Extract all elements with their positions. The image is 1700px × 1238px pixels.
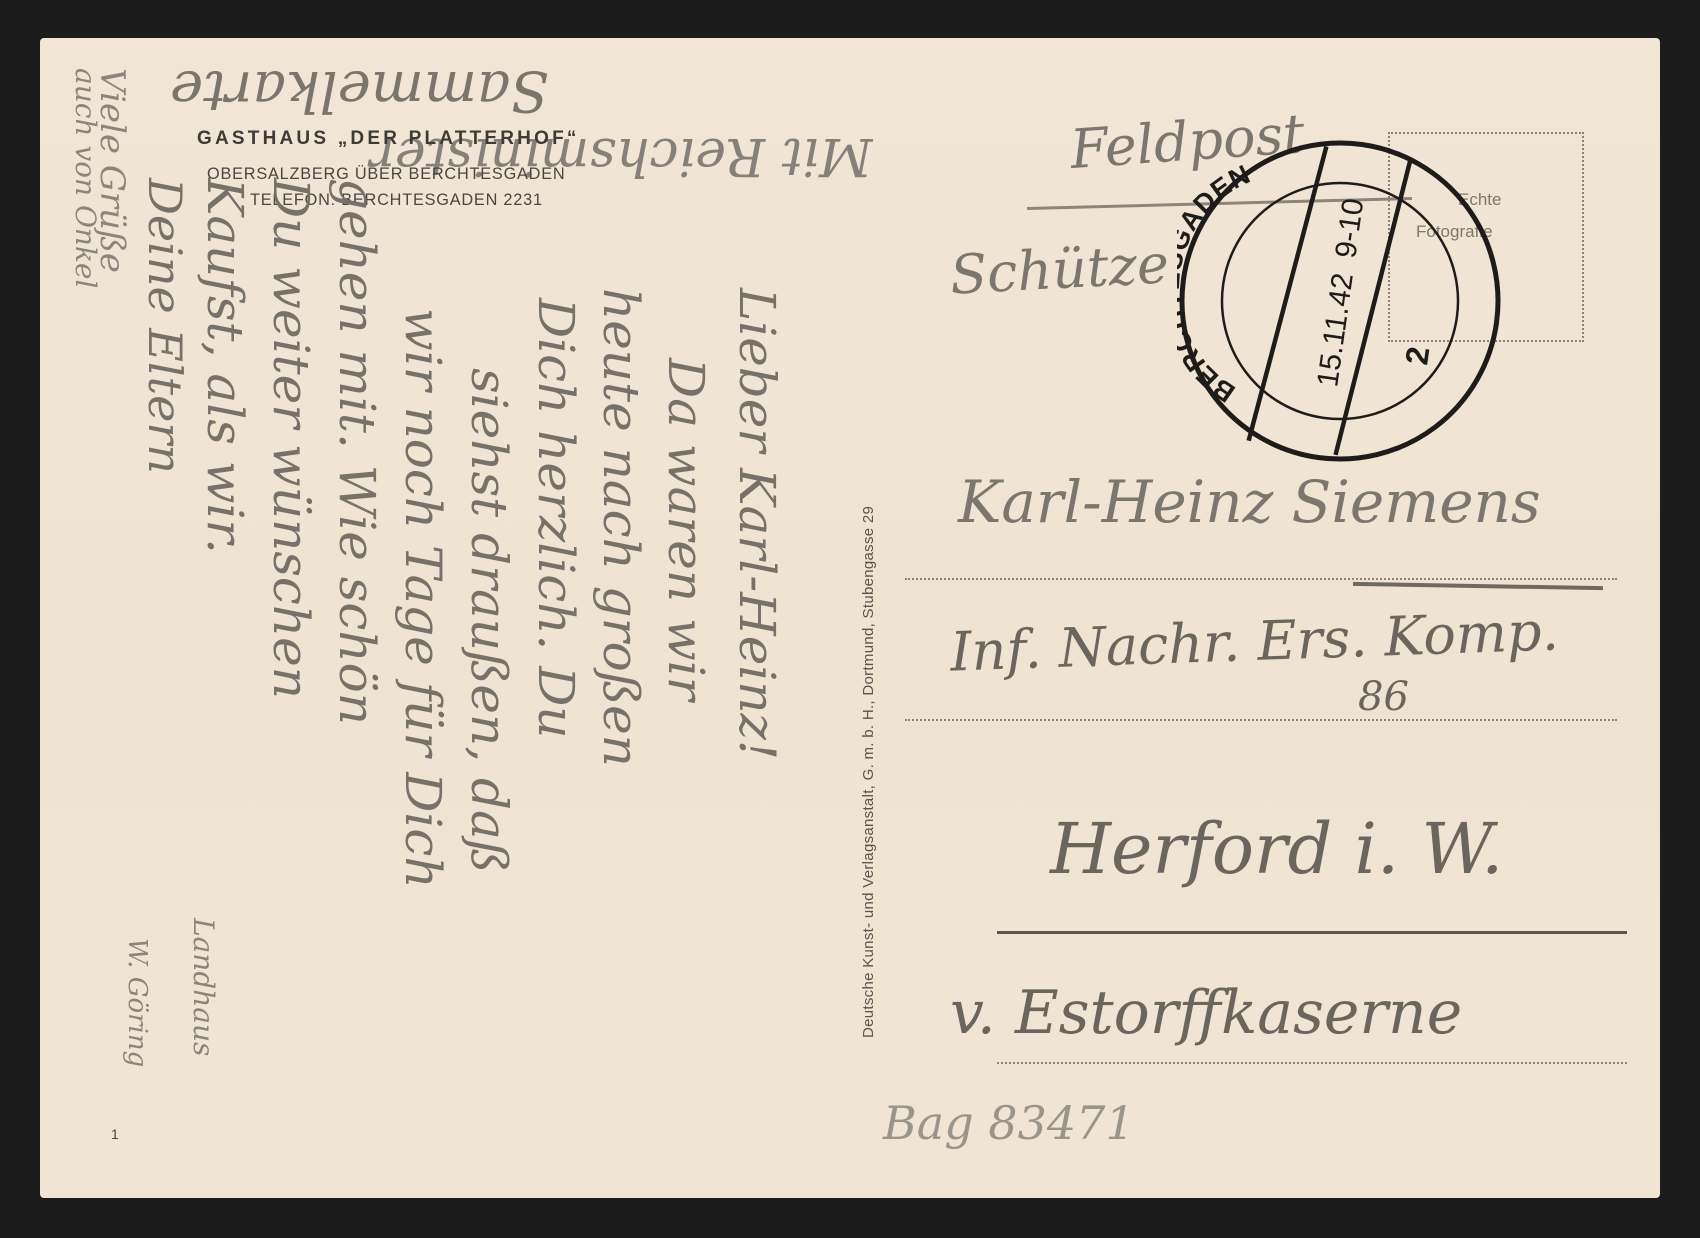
letterhead-name: GASTHAUS „DER PLATTERHOF“ bbox=[197, 128, 580, 150]
message-line: siehst draußen, daß bbox=[460, 368, 518, 873]
page-number: 1 bbox=[111, 1126, 119, 1142]
archive-reference: Bag 83471 bbox=[883, 1096, 1135, 1150]
address-unit: Inf. Nachr. Ers. Komp. bbox=[949, 599, 1560, 683]
message-line: Kaufst, als wir. bbox=[196, 178, 254, 554]
postmark-icon: BERCHTESGADEN 15.11.42 9-10 2 bbox=[1177, 138, 1503, 464]
address-line-1 bbox=[905, 578, 1617, 580]
address-care-of: v. Estorffkaserne bbox=[950, 978, 1462, 1048]
postmark: BERCHTESGADEN 15.11.42 9-10 2 bbox=[1177, 138, 1503, 464]
letterhead-location: OBERSALZBERG ÜBER BERCHTESGADEN bbox=[207, 164, 565, 184]
message-line: Du weiter wünschen bbox=[262, 178, 320, 699]
message-postscript: Landhaus bbox=[187, 918, 220, 1056]
name-underline bbox=[1353, 582, 1603, 590]
address-line-2 bbox=[905, 719, 1617, 721]
message-postscript: W. Göring bbox=[122, 938, 152, 1067]
postmark-district: 2 bbox=[1398, 344, 1436, 367]
address-line-3 bbox=[997, 931, 1627, 934]
handwritten-top-note: Sammelkarte bbox=[170, 58, 549, 123]
address-unit-number: 86 bbox=[1358, 674, 1409, 720]
message-line: heute nach großen bbox=[592, 288, 650, 767]
postcard: Sammelkarte Mit Reichsminister GASTHAUS … bbox=[40, 38, 1660, 1198]
message-line: gehen mit. Wie schön bbox=[328, 178, 386, 725]
address-title: Schütze bbox=[949, 232, 1171, 306]
message-line: Da waren wir bbox=[657, 358, 715, 701]
address-name: Karl-Heinz Siemens bbox=[958, 468, 1541, 536]
message-line: Dich herzlich. Du bbox=[527, 298, 585, 738]
address-line-4 bbox=[997, 1062, 1627, 1064]
message-signature: Deine Eltern bbox=[138, 178, 192, 474]
publisher-imprint: Deutsche Kunst- und Verlagsanstalt, G. m… bbox=[860, 506, 877, 1038]
address-city: Herford i. W. bbox=[1050, 808, 1503, 890]
message-line: wir noch Tage für Dich bbox=[394, 308, 452, 889]
message-line: Lieber Karl-Heinz! bbox=[728, 288, 786, 760]
message-margin-note: auch von Onkel bbox=[69, 68, 102, 288]
